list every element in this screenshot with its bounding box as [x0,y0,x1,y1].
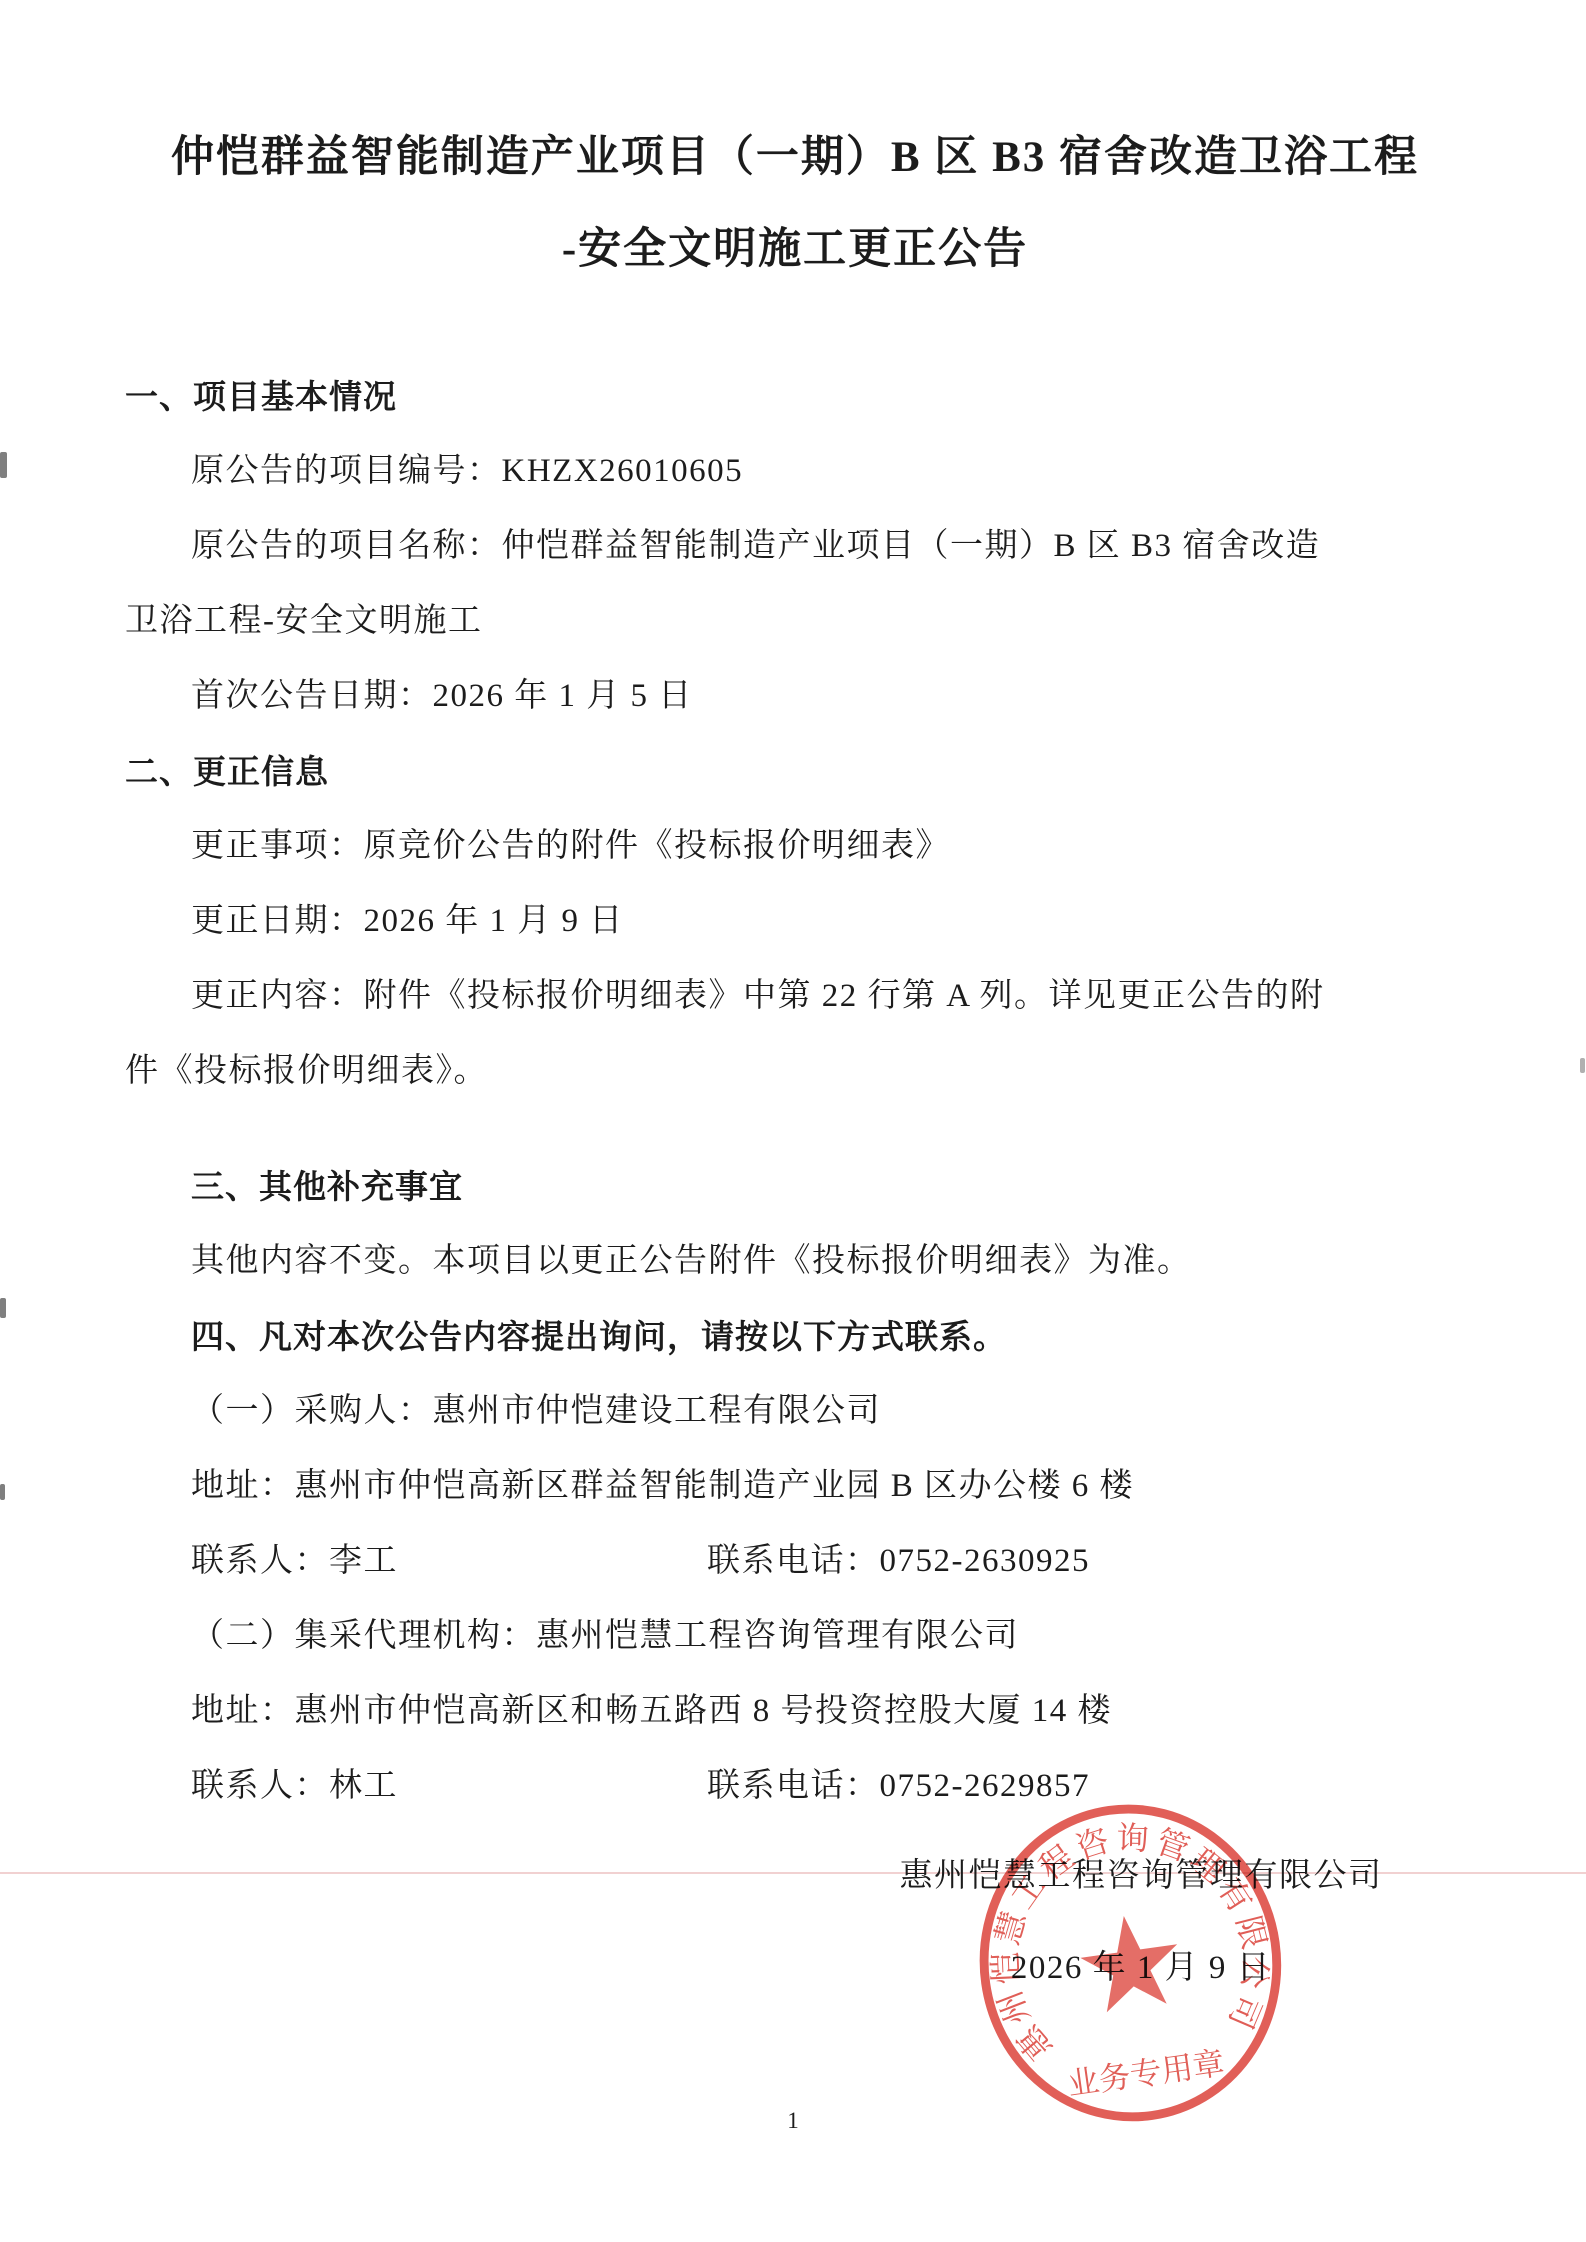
buyer-line: （一）采购人：惠州市仲恺建设工程有限公司 [125,1374,1465,1449]
correction-date-line: 更正日期：2026 年 1 月 9 日 [125,884,1465,959]
agency-address-line: 地址：惠州市仲恺高新区和畅五路西 8 号投资控股大厦 14 楼 [125,1674,1465,1749]
project-name-line: 原公告的项目名称：仲恺群益智能制造产业项目（一期）B 区 B3 宿舍改造 卫浴工… [125,509,1465,659]
section-2-heading: 二、更正信息 [125,734,1465,809]
correction-item-line: 更正事项：原竞价公告的附件《投标报价明细表》 [125,809,1465,884]
document-title-line-2: -安全文明施工更正公告 [125,204,1465,296]
page-number: 1 [0,2108,1586,2134]
scan-artifact [0,452,7,478]
buyer-contact-phone: 联系电话：0752-2630925 [707,1543,1090,1579]
agency-contact-phone: 联系电话：0752-2629857 [707,1768,1090,1804]
section-4-heading: 四、凡对本次公告内容提出询问，请按以下方式联系。 [125,1299,1465,1374]
stamp-star-icon [1075,1909,1185,2015]
agency-contact-name: 联系人：林工 [191,1749,707,1824]
first-announcement-date-line: 首次公告日期：2026 年 1 月 5 日 [125,659,1465,734]
scan-artifact [1580,1058,1585,1073]
correction-content-line: 更正内容：附件《投标报价明细表》中第 22 行第 A 列。详见更正公告的附 件《… [125,959,1465,1109]
document-text: 一、项目基本情况 原公告的项目编号：KHZX26010605 原公告的项目名称：… [125,359,1465,1824]
scan-artifact [0,1484,5,1500]
document-body: 仲恺群益智能制造产业项目（一期）B 区 B3 宿舍改造卫浴工程 -安全文明施工更… [125,0,1465,1824]
document-page: 仲恺群益智能制造产业项目（一期）B 区 B3 宿舍改造卫浴工程 -安全文明施工更… [0,0,1586,2242]
section-3-heading: 三、其他补充事宜 [125,1149,1465,1224]
company-stamp: 惠州恺慧工程咨询管理有限公司 业务专用章 [951,1775,1310,2146]
document-title: 仲恺群益智能制造产业项目（一期）B 区 B3 宿舍改造卫浴工程 -安全文明施工更… [125,112,1465,296]
scan-artifact [0,1298,6,1318]
buyer-address-line: 地址：惠州市仲恺高新区群益智能制造产业园 B 区办公楼 6 楼 [125,1449,1465,1524]
document-title-line-1: 仲恺群益智能制造产业项目（一期）B 区 B3 宿舍改造卫浴工程 [125,112,1465,204]
supplement-note-line: 其他内容不变。本项目以更正公告附件《投标报价明细表》为准。 [125,1224,1465,1299]
project-number-line: 原公告的项目编号：KHZX26010605 [125,434,1465,509]
buyer-contact-name: 联系人：李工 [191,1524,707,1599]
section-1-heading: 一、项目基本情况 [125,359,1465,434]
agency-line: （二）集采代理机构：惠州恺慧工程咨询管理有限公司 [125,1599,1465,1674]
buyer-contact-row: 联系人：李工联系电话：0752-2630925 [125,1524,1465,1599]
